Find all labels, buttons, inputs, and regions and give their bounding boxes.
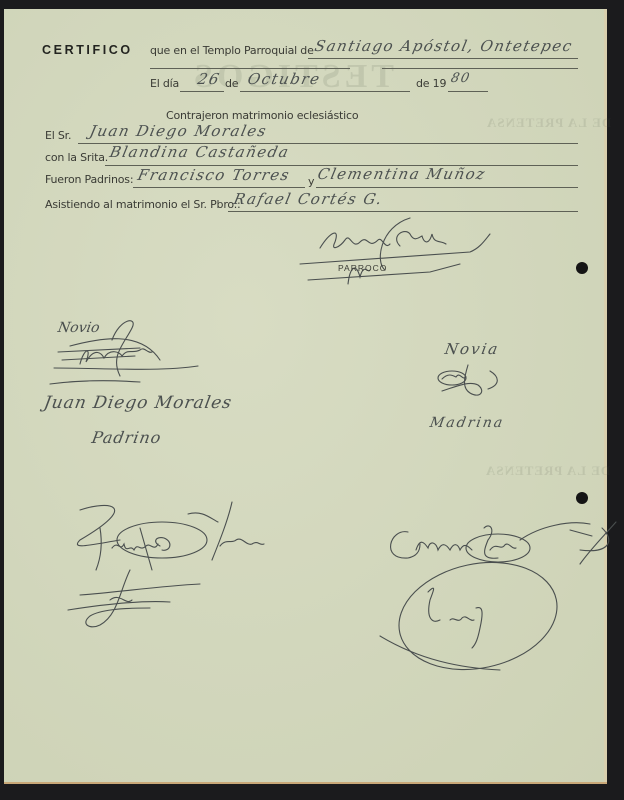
temple-value: Santiago Apóstol, Ontetepec (313, 37, 575, 55)
date-month-line (240, 91, 410, 92)
blank-line-left (150, 68, 350, 69)
priest-line (228, 211, 578, 212)
groom-value: Juan Diego Morales (88, 122, 269, 140)
priest-label: Asistiendo al matrimonio el Sr. Pbro.: (45, 198, 241, 211)
padrino-value: Francisco Torres (136, 166, 292, 184)
date-month: Octubre (246, 70, 322, 88)
padrino-signature (60, 500, 320, 650)
madrina-line (316, 187, 578, 188)
date-year-suffix: 80 (449, 71, 472, 86)
priest-value: Rafael Cortés G. (232, 190, 385, 208)
padrinos-label: Fueron Padrinos: (45, 173, 133, 186)
temple-label: que en el Templo Parroquial de (150, 44, 314, 57)
date-de-label: de (225, 77, 238, 90)
date-year-label: de 19 (416, 77, 446, 90)
certificate-title: CERTIFICO (42, 43, 133, 57)
punch-hole-top (576, 262, 588, 274)
parroco-signature (290, 222, 510, 292)
bride-label: con la Srita. (45, 151, 108, 164)
novia-label: Novia (443, 340, 501, 358)
novia-signature (430, 363, 510, 413)
novio-fullname: Juan Diego Morales (42, 393, 234, 413)
bride-value: Blandina Castañeda (108, 143, 291, 161)
page-edge-bottom (4, 782, 607, 784)
groom-label: El Sr. (45, 129, 71, 142)
date-day: 26 (196, 70, 222, 88)
padrinos-and-label: y (308, 175, 314, 188)
contrajeron-label: Contrajeron matrimonio eclesiástico (166, 109, 358, 122)
date-year-line (448, 91, 488, 92)
blank-line-right (382, 68, 578, 69)
madrina-label: Madrina (429, 415, 506, 431)
date-label: El día (150, 77, 179, 90)
novio-signature (40, 316, 210, 396)
punch-hole-bottom (576, 492, 588, 504)
parroco-label: PARROCO (338, 263, 387, 273)
bleed-through-pretensa-top: DE LA PRETENSA (486, 115, 611, 131)
madrina-value: Clementina Muñoz (316, 165, 488, 183)
date-day-line (180, 91, 224, 92)
madrina-signature (380, 520, 620, 680)
bleed-through-pretensa-bottom: DE LA PRETENSA (485, 463, 610, 479)
padrino-line (133, 187, 305, 188)
temple-line (308, 58, 578, 59)
padrino-label: Padrino (90, 428, 163, 447)
